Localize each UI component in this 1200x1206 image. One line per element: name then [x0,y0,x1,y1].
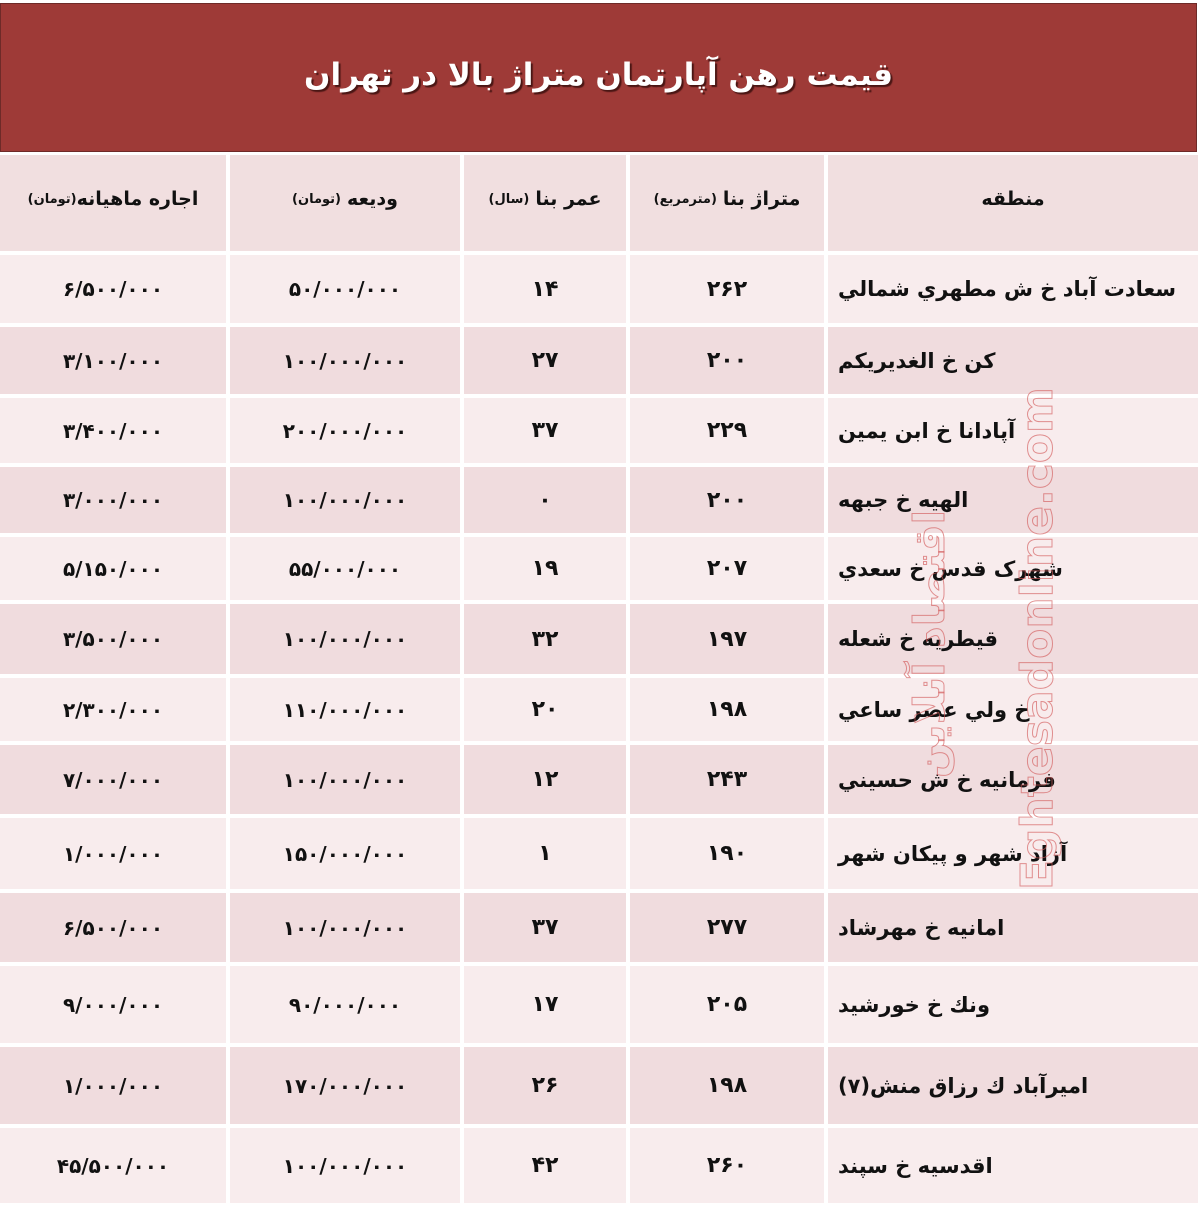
cell-region: امانيه خ مهرشاد [828,893,1198,962]
cell-region: سعادت آباد خ ش مطهري شمالي [828,255,1198,323]
cell-region: خ ولي عصر ساعي [828,678,1198,741]
cell-age: ۳۷ [464,893,626,962]
cell-region: اميرآباد ك رزاق منش(۷) [828,1047,1198,1124]
page-title: قیمت رهن آپارتمان متراژ بالا در تهران [304,57,893,93]
cell-age: ۱۷ [464,966,626,1043]
cell-age: ۱۴ [464,255,626,323]
cell-deposit: ۱۱۰/۰۰۰/۰۰۰ [230,678,460,741]
cell-region: آزاد شهر و پيکان شهر [828,818,1198,889]
header-label: اجاره ماهیانه [77,188,199,210]
cell-area: ۲۶۰ [630,1128,824,1203]
cell-rent: ۵/۱۵۰/۰۰۰ [0,537,226,600]
cell-area: ۲۰۷ [630,537,824,600]
cell-rent: ۲/۳۰۰/۰۰۰ [0,678,226,741]
header-label: ودیعه [347,188,398,210]
cell-rent: ۴۵/۵۰۰/۰۰۰ [0,1128,226,1203]
cell-age: ۱۲ [464,745,626,814]
cell-age: ۲۶ [464,1047,626,1124]
cell-rent: ۶/۵۰۰/۰۰۰ [0,893,226,962]
cell-deposit: ۱۰۰/۰۰۰/۰۰۰ [230,1128,460,1203]
cell-rent: ۶/۵۰۰/۰۰۰ [0,255,226,323]
cell-deposit: ۵۰/۰۰۰/۰۰۰ [230,255,460,323]
header-label: متراژ بنا [723,188,800,210]
cell-age: ۱۹ [464,537,626,600]
cell-deposit: ۱۰۰/۰۰۰/۰۰۰ [230,893,460,962]
cell-area: ۱۹۸ [630,1047,824,1124]
cell-deposit: ۱۵۰/۰۰۰/۰۰۰ [230,818,460,889]
cell-area: ۲۷۷ [630,893,824,962]
cell-deposit: ۱۰۰/۰۰۰/۰۰۰ [230,327,460,394]
title-banner: قیمت رهن آپارتمان متراژ بالا در تهران [0,3,1197,152]
cell-region: کن خ الغديريکم [828,327,1198,394]
cell-area: ۱۹۰ [630,818,824,889]
cell-deposit: ۲۰۰/۰۰۰/۰۰۰ [230,398,460,463]
cell-region: شهرک قدس خ سعدي [828,537,1198,600]
header-label: عمر بنا [535,188,601,210]
cell-deposit: ۹۰/۰۰۰/۰۰۰ [230,966,460,1043]
header-region: منطقه [828,155,1198,251]
cell-rent: ۷/۰۰۰/۰۰۰ [0,745,226,814]
cell-rent: ۳/۵۰۰/۰۰۰ [0,604,226,674]
cell-age: ۲۷ [464,327,626,394]
cell-area: ۲۲۹ [630,398,824,463]
cell-area: ۱۹۷ [630,604,824,674]
cell-area: ۲۰۵ [630,966,824,1043]
header-age: عمر بنا (سال) [464,155,626,251]
cell-age: ۱ [464,818,626,889]
cell-age: ۴۲ [464,1128,626,1203]
cell-region: آپادانا خ ابن يمين [828,398,1198,463]
cell-age: ۳۲ [464,604,626,674]
header-unit: (مترمربع) [654,192,717,207]
cell-age: ۳۷ [464,398,626,463]
cell-region: الهيه خ جبهه [828,467,1198,533]
cell-rent: ۹/۰۰۰/۰۰۰ [0,966,226,1043]
header-unit: (تومان) [292,192,341,207]
cell-region: فرمانيه خ ش حسيني [828,745,1198,814]
cell-age: ۲۰ [464,678,626,741]
cell-area: ۲۰۰ [630,467,824,533]
cell-deposit: ۱۰۰/۰۰۰/۰۰۰ [230,467,460,533]
cell-deposit: ۱۰۰/۰۰۰/۰۰۰ [230,604,460,674]
cell-deposit: ۵۵/۰۰۰/۰۰۰ [230,537,460,600]
cell-region: اقدسيه خ سپند [828,1128,1198,1203]
cell-area: ۲۰۰ [630,327,824,394]
header-unit: (تومان) [28,192,77,207]
cell-area: ۲۴۳ [630,745,824,814]
cell-area: ۱۹۸ [630,678,824,741]
cell-rent: ۱/۰۰۰/۰۰۰ [0,1047,226,1124]
cell-region: ونك خ خورشيد [828,966,1198,1043]
cell-deposit: ۱۰۰/۰۰۰/۰۰۰ [230,745,460,814]
cell-rent: ۱/۰۰۰/۰۰۰ [0,818,226,889]
cell-age: ۰ [464,467,626,533]
cell-rent: ۳/۰۰۰/۰۰۰ [0,467,226,533]
cell-deposit: ۱۷۰/۰۰۰/۰۰۰ [230,1047,460,1124]
cell-area: ۲۶۲ [630,255,824,323]
cell-rent: ۳/۱۰۰/۰۰۰ [0,327,226,394]
header-label: منطقه [981,188,1044,210]
header-unit: (سال) [489,192,530,207]
header-rent: اجاره ماهیانه (تومان) [0,155,226,251]
table-body: سعادت آباد خ ش مطهري شمالي۲۶۲۱۴۵۰/۰۰۰/۰۰… [0,255,1198,1203]
rent-price-table: منطقه متراژ بنا (مترمربع) عمر بنا (سال) … [0,155,1198,251]
cell-rent: ۳/۴۰۰/۰۰۰ [0,398,226,463]
header-deposit: ودیعه (تومان) [230,155,460,251]
cell-region: قيطريه خ شعله [828,604,1198,674]
header-area: متراژ بنا (مترمربع) [630,155,824,251]
